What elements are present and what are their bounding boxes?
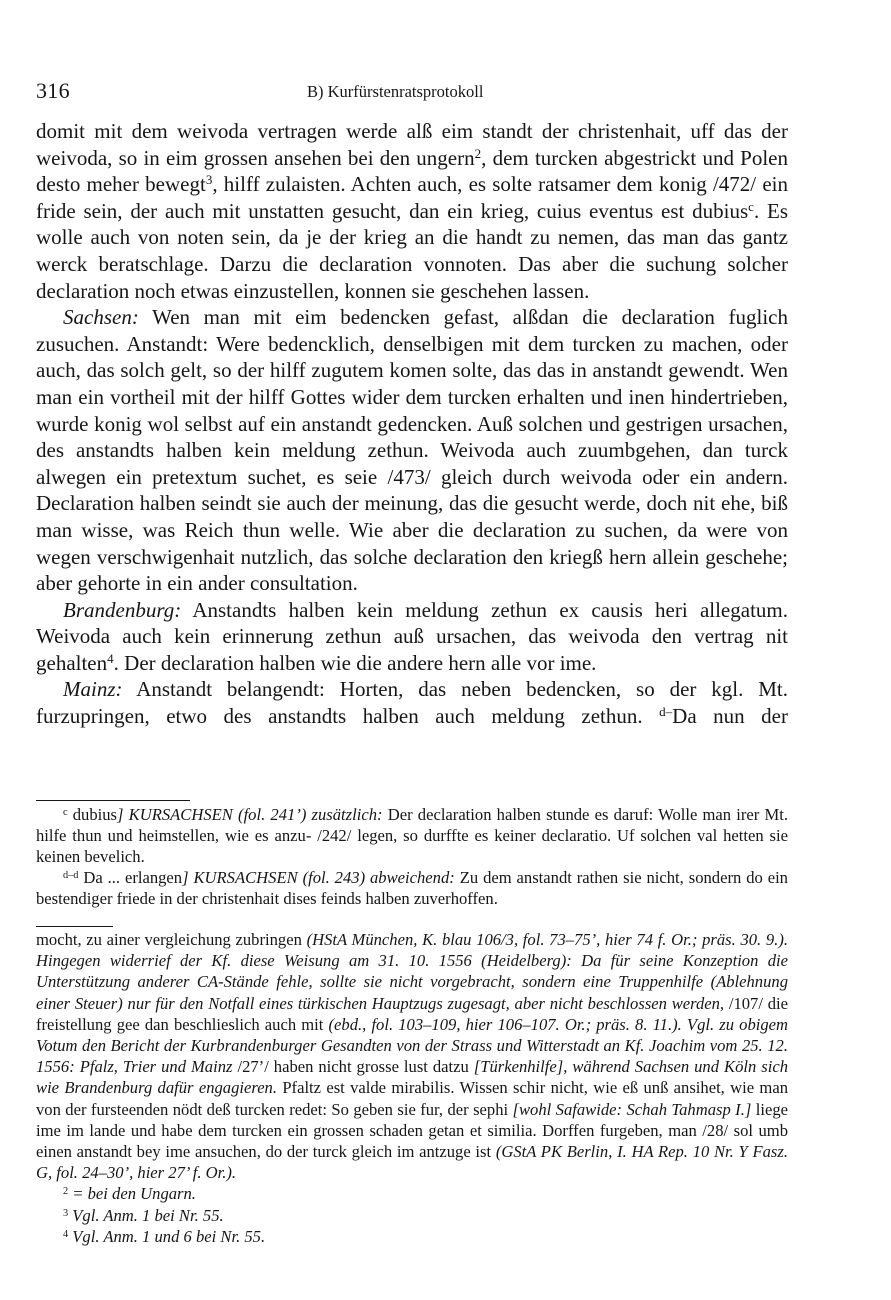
commentary-divider: [36, 926, 113, 927]
footnote: 3 Vgl. Anm. 1 bei Nr. 55.: [36, 1205, 788, 1226]
running-head: 316 B) Kurfürstenratsprotokoll: [36, 78, 788, 104]
footnote: 4 Vgl. Anm. 1 und 6 bei Nr. 55.: [36, 1226, 788, 1247]
variant-apparatus: c dubius] KURSACHSEN (fol. 241’) zusätzl…: [36, 804, 788, 909]
commentary-notes: mocht, zu ainer vergleichung zubringen (…: [36, 929, 788, 1247]
paragraph-mainz: Mainz: Anstandt belangendt: Horten, das …: [36, 676, 788, 729]
footnote-divider: [36, 800, 190, 801]
page-number: 316: [36, 78, 70, 104]
speaker-label: Brandenburg:: [63, 598, 181, 622]
paragraph-brandenburg: Brandenburg: Anstandts halben kein meldu…: [36, 597, 788, 677]
footnote: 2 = bei den Ungarn.: [36, 1183, 788, 1204]
paragraph-continuation: domit mit dem weivoda vertragen werde al…: [36, 118, 788, 304]
running-title: B) Kurfürstenratsprotokoll: [307, 82, 483, 102]
variant-note: d–d Da ... erlangen] KURSACHSEN (fol. 24…: [36, 867, 788, 909]
paragraph-sachsen: Sachsen: Wen man mit eim bedencken gefas…: [36, 304, 788, 597]
variant-ref: d–: [659, 704, 672, 719]
main-text: domit mit dem weivoda vertragen werde al…: [36, 118, 788, 730]
variant-note: c dubius] KURSACHSEN (fol. 241’) zusätzl…: [36, 804, 788, 867]
speaker-label: Sachsen:: [63, 305, 139, 329]
speaker-label: Mainz:: [63, 677, 123, 701]
commentary-continuation: mocht, zu ainer vergleichung zubringen (…: [36, 929, 788, 1183]
